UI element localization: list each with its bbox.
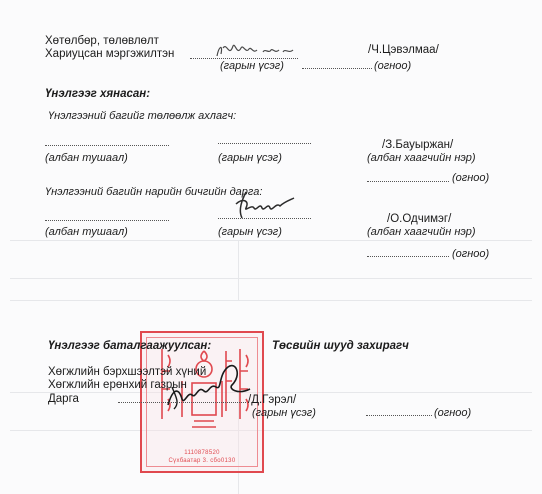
signature-caption: (гарын үсэг) (220, 60, 284, 72)
date-caption: (огноо) (452, 248, 489, 260)
org-line-2: Хөгжлийн ерөнхий газрын (48, 379, 187, 392)
director-name: /Д.Гэрэл/ (248, 394, 296, 407)
date-caption: (огноо) (452, 172, 489, 184)
role-line-1: Хөтөлбөр, төлөвлөлт (45, 35, 159, 48)
signature-caption: (гарын үсэг) (218, 152, 282, 164)
ghost-table-line (10, 240, 532, 241)
signature-line (218, 218, 311, 219)
stamp-number-1: 1110878520 (142, 450, 262, 456)
signature-tsevelmaa-icon (213, 40, 303, 62)
person-name: /Ч.Цэвэлмаа/ (368, 44, 439, 57)
ghost-table-line (238, 240, 239, 300)
signature-line (218, 143, 311, 144)
team-leader-name: /З.Бауыржан/ (382, 139, 453, 152)
date-line (367, 181, 449, 182)
date-caption: (огноо) (434, 407, 471, 419)
budget-manager-heading: Төсвийн шууд захирагч (272, 340, 409, 352)
scanned-document-page: Хөтөлбөр, төлөвлөлт Хариуцсан мэргэжилтэ… (0, 0, 542, 494)
position-caption: (албан тушаал) (45, 226, 128, 238)
ghost-table-line (10, 300, 532, 301)
position-line (45, 145, 169, 146)
date-line (366, 415, 432, 416)
approved-heading: Үнэлгээг баталгаажуулсан: (48, 340, 211, 352)
name-caption: (албан хаагчийн нэр) (367, 226, 476, 238)
signature-caption: (гарын үсэг) (252, 407, 316, 419)
signature-caption: (гарын үсэг) (218, 226, 282, 238)
official-title: Дарга (48, 393, 79, 406)
org-line-1: Хөгжлийн бэрхшээлтэй хүний (48, 366, 206, 379)
secretary-name: /О.Одчимэг/ (387, 213, 451, 226)
date-line (302, 68, 372, 69)
position-line (45, 220, 169, 221)
reviewed-heading: Үнэлгээг хянасан: (45, 88, 150, 100)
team-leader-label: Үнэлгээний багийг төлөөлж ахлагч: (48, 110, 236, 122)
role-line-2: Хариуцсан мэргэжилтэн (45, 48, 174, 61)
ghost-table-line (10, 278, 532, 279)
ghost-table-line (10, 430, 532, 431)
date-caption: (огноо) (374, 60, 411, 72)
date-line (367, 256, 449, 257)
position-caption: (албан тушаал) (45, 152, 128, 164)
ghost-table-line (10, 392, 532, 393)
name-caption: (албан хаагчийн нэр) (367, 152, 476, 164)
stamp-number-2: Сүхбаатар 3. сбо0130 (142, 458, 262, 464)
signature-line (118, 402, 246, 403)
